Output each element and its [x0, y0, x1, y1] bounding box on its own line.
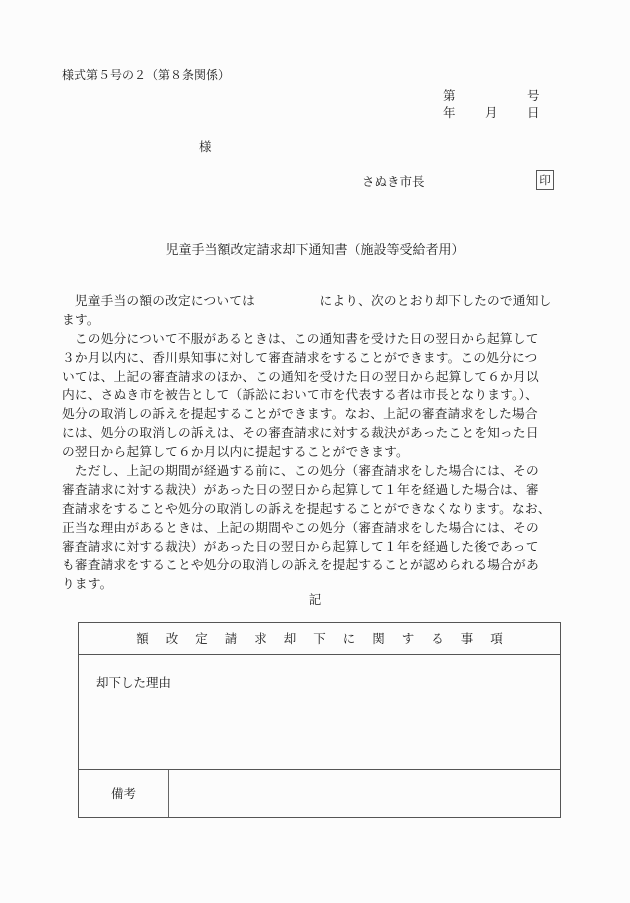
body-line: 正当な理由があるときは、上記の期間やこの処分（審査請求をした場合には、その	[62, 519, 572, 538]
body-line: の翌日から起算して６か月以内に提起することができます。	[62, 443, 572, 462]
remarks-value	[169, 770, 560, 817]
body-line: ます。	[62, 311, 572, 330]
form-number: 様式第５号の２（第８条関係）	[62, 66, 230, 83]
number-prefix: 第	[443, 86, 456, 104]
table-heading: 額改定請求却下に関する事項	[79, 623, 560, 655]
body-line: も審査請求をすることや処分の取消しの訴えを提起することが認められる場合があ	[62, 556, 572, 575]
number-suffix: 号	[527, 86, 540, 104]
body-line: 審査請求に対する裁決）があった日の翌日から起算して１年を経過した場合は、審	[62, 481, 572, 500]
body-line: いては、上記の審査請求のほか、この通知を受けた日の翌日から起算して６か月以	[62, 368, 572, 387]
body-line: ３か月以内に、香川県知事に対して審査請求をすることができます。この処分につ	[62, 349, 572, 368]
body-line: には、処分の取消しの訴えは、その審査請求に対する裁決があったことを知った日	[62, 424, 572, 443]
body-line: 児童手当の額の改定については により、次のとおり却下したので通知し	[62, 292, 572, 311]
seal-stamp: 印	[536, 170, 554, 190]
document-title: 児童手当額改定請求却下通知書（施設等受給者用）	[0, 239, 630, 258]
body-text: 児童手当の額の改定については により、次のとおり却下したので通知し ます。 この…	[62, 292, 572, 594]
body-line: 処分の取消しの訴えを提起することができます。なお、上記の審査請求をした場合	[62, 405, 572, 424]
body-line: ただし、上記の期間が経過する前に、この処分（審査請求をした場合には、その	[62, 462, 572, 481]
body-line: 査請求をすることや処分の取消しの訴えを提起することができなくなります。なお、	[62, 500, 572, 519]
remarks-row: 備考	[79, 770, 560, 817]
reason-row: 却下した理由	[79, 655, 560, 770]
body-line: 内に、さぬき市を被告として（訴訟において市を代表する者は市長となります。）、	[62, 386, 572, 405]
ki-marker: 記	[0, 590, 630, 608]
date-year: 年	[443, 103, 456, 121]
reason-label: 却下した理由	[96, 673, 171, 691]
body-line: この処分について不服があるときは、この通知書を受けた日の翌日から起算して	[62, 330, 572, 349]
details-table: 額改定請求却下に関する事項 却下した理由 備考	[78, 622, 561, 818]
addressee-honorific: 様	[199, 137, 212, 155]
date-day: 日	[527, 103, 540, 121]
issuer-name: さぬき市長	[362, 172, 425, 190]
body-line: 審査請求に対する裁決）があった日の翌日から起算して１年を経過した後であって	[62, 538, 572, 557]
date-month: 月	[485, 103, 498, 121]
remarks-label: 備考	[79, 770, 169, 817]
